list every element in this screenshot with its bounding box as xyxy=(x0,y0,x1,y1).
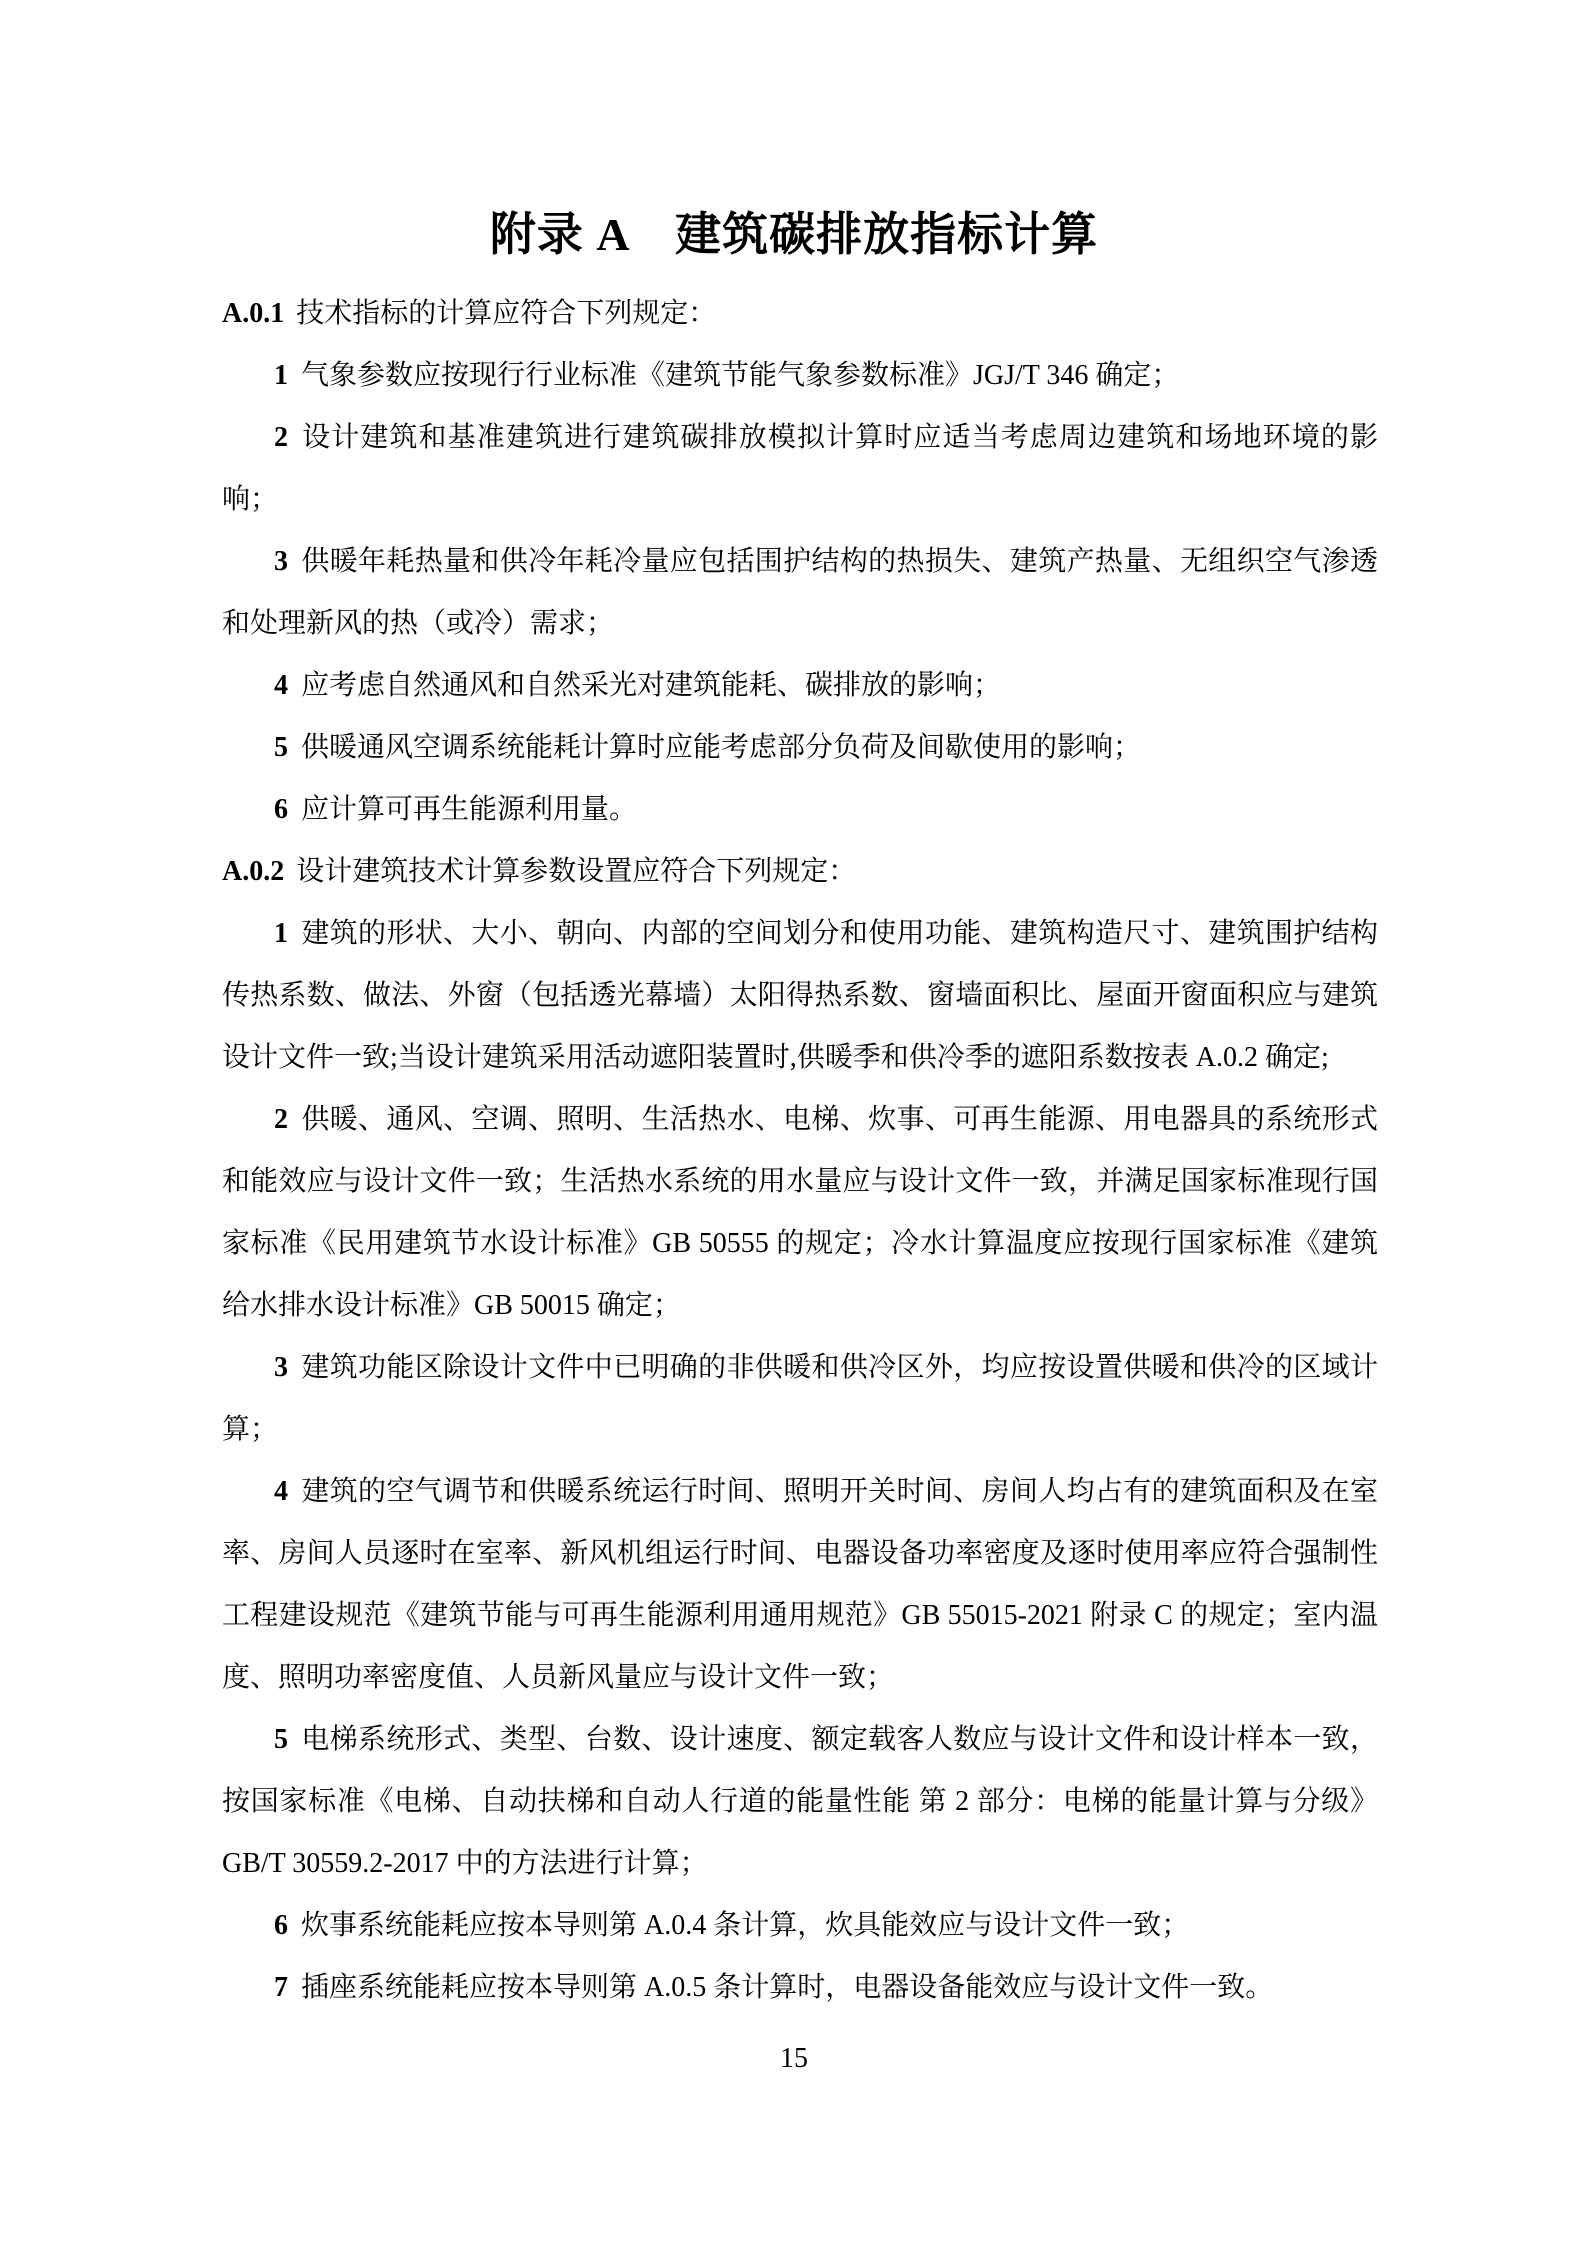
clause-a02-2-num: 2 xyxy=(274,1104,288,1135)
clause-a02-6-num: 6 xyxy=(274,1910,288,1941)
section-a01-intro: 技术指标的计算应符合下列规定： xyxy=(296,298,716,329)
section-a01-heading: A.0.1技术指标的计算应符合下列规定： xyxy=(222,283,1378,345)
clause-a01-4-num: 4 xyxy=(274,670,288,701)
clause-a02-1-num: 1 xyxy=(274,918,288,949)
clause-a02-1-text: 建筑的形状、大小、朝向、内部的空间划分和使用功能、建筑构造尺寸、建筑围护结构传热… xyxy=(222,918,1378,1073)
page-number: 15 xyxy=(0,2042,1588,2076)
clause-a01-3: 3供暖年耗热量和供冷年耗冷量应包括围护结构的热损失、建筑产热量、无组织空气渗透和… xyxy=(222,531,1378,655)
clause-a01-1-num: 1 xyxy=(274,360,288,391)
clause-a02-6: 6炊事系统能耗应按本导则第 A.0.4 条计算，炊具能效应与设计文件一致； xyxy=(222,1895,1378,1957)
clause-a01-5-text: 供暖通风空调系统能耗计算时应能考虑部分负荷及间歇使用的影响； xyxy=(301,732,1141,763)
clause-a02-7-num: 7 xyxy=(274,1972,288,2003)
clause-a02-1: 1建筑的形状、大小、朝向、内部的空间划分和使用功能、建筑构造尺寸、建筑围护结构传… xyxy=(222,903,1378,1089)
document-body: A.0.1技术指标的计算应符合下列规定： 1气象参数应按现行行业标准《建筑节能气… xyxy=(222,283,1378,2019)
section-a02-label: A.0.2 xyxy=(222,856,284,887)
clause-a01-4-text: 应考虑自然通风和自然采光对建筑能耗、碳排放的影响； xyxy=(301,670,1001,701)
clause-a02-4-text: 建筑的空气调节和供暖系统运行时间、照明开关时间、房间人均占有的建筑面积及在室率、… xyxy=(222,1476,1378,1693)
section-a02-intro: 设计建筑技术计算参数设置应符合下列规定： xyxy=(296,856,856,887)
clause-a02-5-text: 电梯系统形式、类型、台数、设计速度、额定载客人数应与设计文件和设计样本一致，按国… xyxy=(222,1724,1378,1879)
clause-a02-2-text: 供暖、通风、空调、照明、生活热水、电梯、炊事、可再生能源、用电器具的系统形式和能… xyxy=(222,1104,1378,1321)
clause-a02-5-num: 5 xyxy=(274,1724,288,1755)
clause-a01-2-text: 设计建筑和基准建筑进行建筑碳排放模拟计算时应适当考虑周边建筑和场地环境的影响； xyxy=(222,422,1378,515)
clause-a01-6: 6应计算可再生能源利用量。 xyxy=(222,779,1378,841)
clause-a01-1: 1气象参数应按现行行业标准《建筑节能气象参数标准》JGJ/T 346 确定； xyxy=(222,345,1378,407)
clause-a02-3: 3建筑功能区除设计文件中已明确的非供暖和供冷区外，均应按设置供暖和供冷的区域计算… xyxy=(222,1337,1378,1461)
clause-a02-5: 5电梯系统形式、类型、台数、设计速度、额定载客人数应与设计文件和设计样本一致，按… xyxy=(222,1709,1378,1895)
clause-a01-6-num: 6 xyxy=(274,794,288,825)
clause-a01-2-num: 2 xyxy=(274,422,288,453)
document-page: 附录 A 建筑碳排放指标计算 A.0.1技术指标的计算应符合下列规定： 1气象参… xyxy=(0,0,1588,2245)
clause-a01-6-text: 应计算可再生能源利用量。 xyxy=(301,794,637,825)
clause-a01-5-num: 5 xyxy=(274,732,288,763)
section-a02-heading: A.0.2设计建筑技术计算参数设置应符合下列规定： xyxy=(222,841,1378,903)
clause-a02-3-text: 建筑功能区除设计文件中已明确的非供暖和供冷区外，均应按设置供暖和供冷的区域计算； xyxy=(222,1352,1378,1445)
section-a01-label: A.0.1 xyxy=(222,298,284,329)
clause-a01-3-text: 供暖年耗热量和供冷年耗冷量应包括围护结构的热损失、建筑产热量、无组织空气渗透和处… xyxy=(222,546,1378,639)
clause-a02-3-num: 3 xyxy=(274,1352,288,1383)
clause-a01-1-text: 气象参数应按现行行业标准《建筑节能气象参数标准》JGJ/T 346 确定； xyxy=(301,360,1179,391)
clause-a01-4: 4应考虑自然通风和自然采光对建筑能耗、碳排放的影响； xyxy=(222,655,1378,717)
clause-a01-3-num: 3 xyxy=(274,546,288,577)
clause-a02-7-text: 插座系统能耗应按本导则第 A.0.5 条计算时，电器设备能效应与设计文件一致。 xyxy=(301,1972,1273,2003)
clause-a01-5: 5供暖通风空调系统能耗计算时应能考虑部分负荷及间歇使用的影响； xyxy=(222,717,1378,779)
page-title: 附录 A 建筑碳排放指标计算 xyxy=(0,205,1588,265)
clause-a02-2: 2供暖、通风、空调、照明、生活热水、电梯、炊事、可再生能源、用电器具的系统形式和… xyxy=(222,1089,1378,1337)
clause-a02-7: 7插座系统能耗应按本导则第 A.0.5 条计算时，电器设备能效应与设计文件一致。 xyxy=(222,1957,1378,2019)
clause-a02-4-num: 4 xyxy=(274,1476,288,1507)
clause-a01-2: 2设计建筑和基准建筑进行建筑碳排放模拟计算时应适当考虑周边建筑和场地环境的影响； xyxy=(222,407,1378,531)
clause-a02-4: 4建筑的空气调节和供暖系统运行时间、照明开关时间、房间人均占有的建筑面积及在室率… xyxy=(222,1461,1378,1709)
clause-a02-6-text: 炊事系统能耗应按本导则第 A.0.4 条计算，炊具能效应与设计文件一致； xyxy=(301,1910,1189,1941)
